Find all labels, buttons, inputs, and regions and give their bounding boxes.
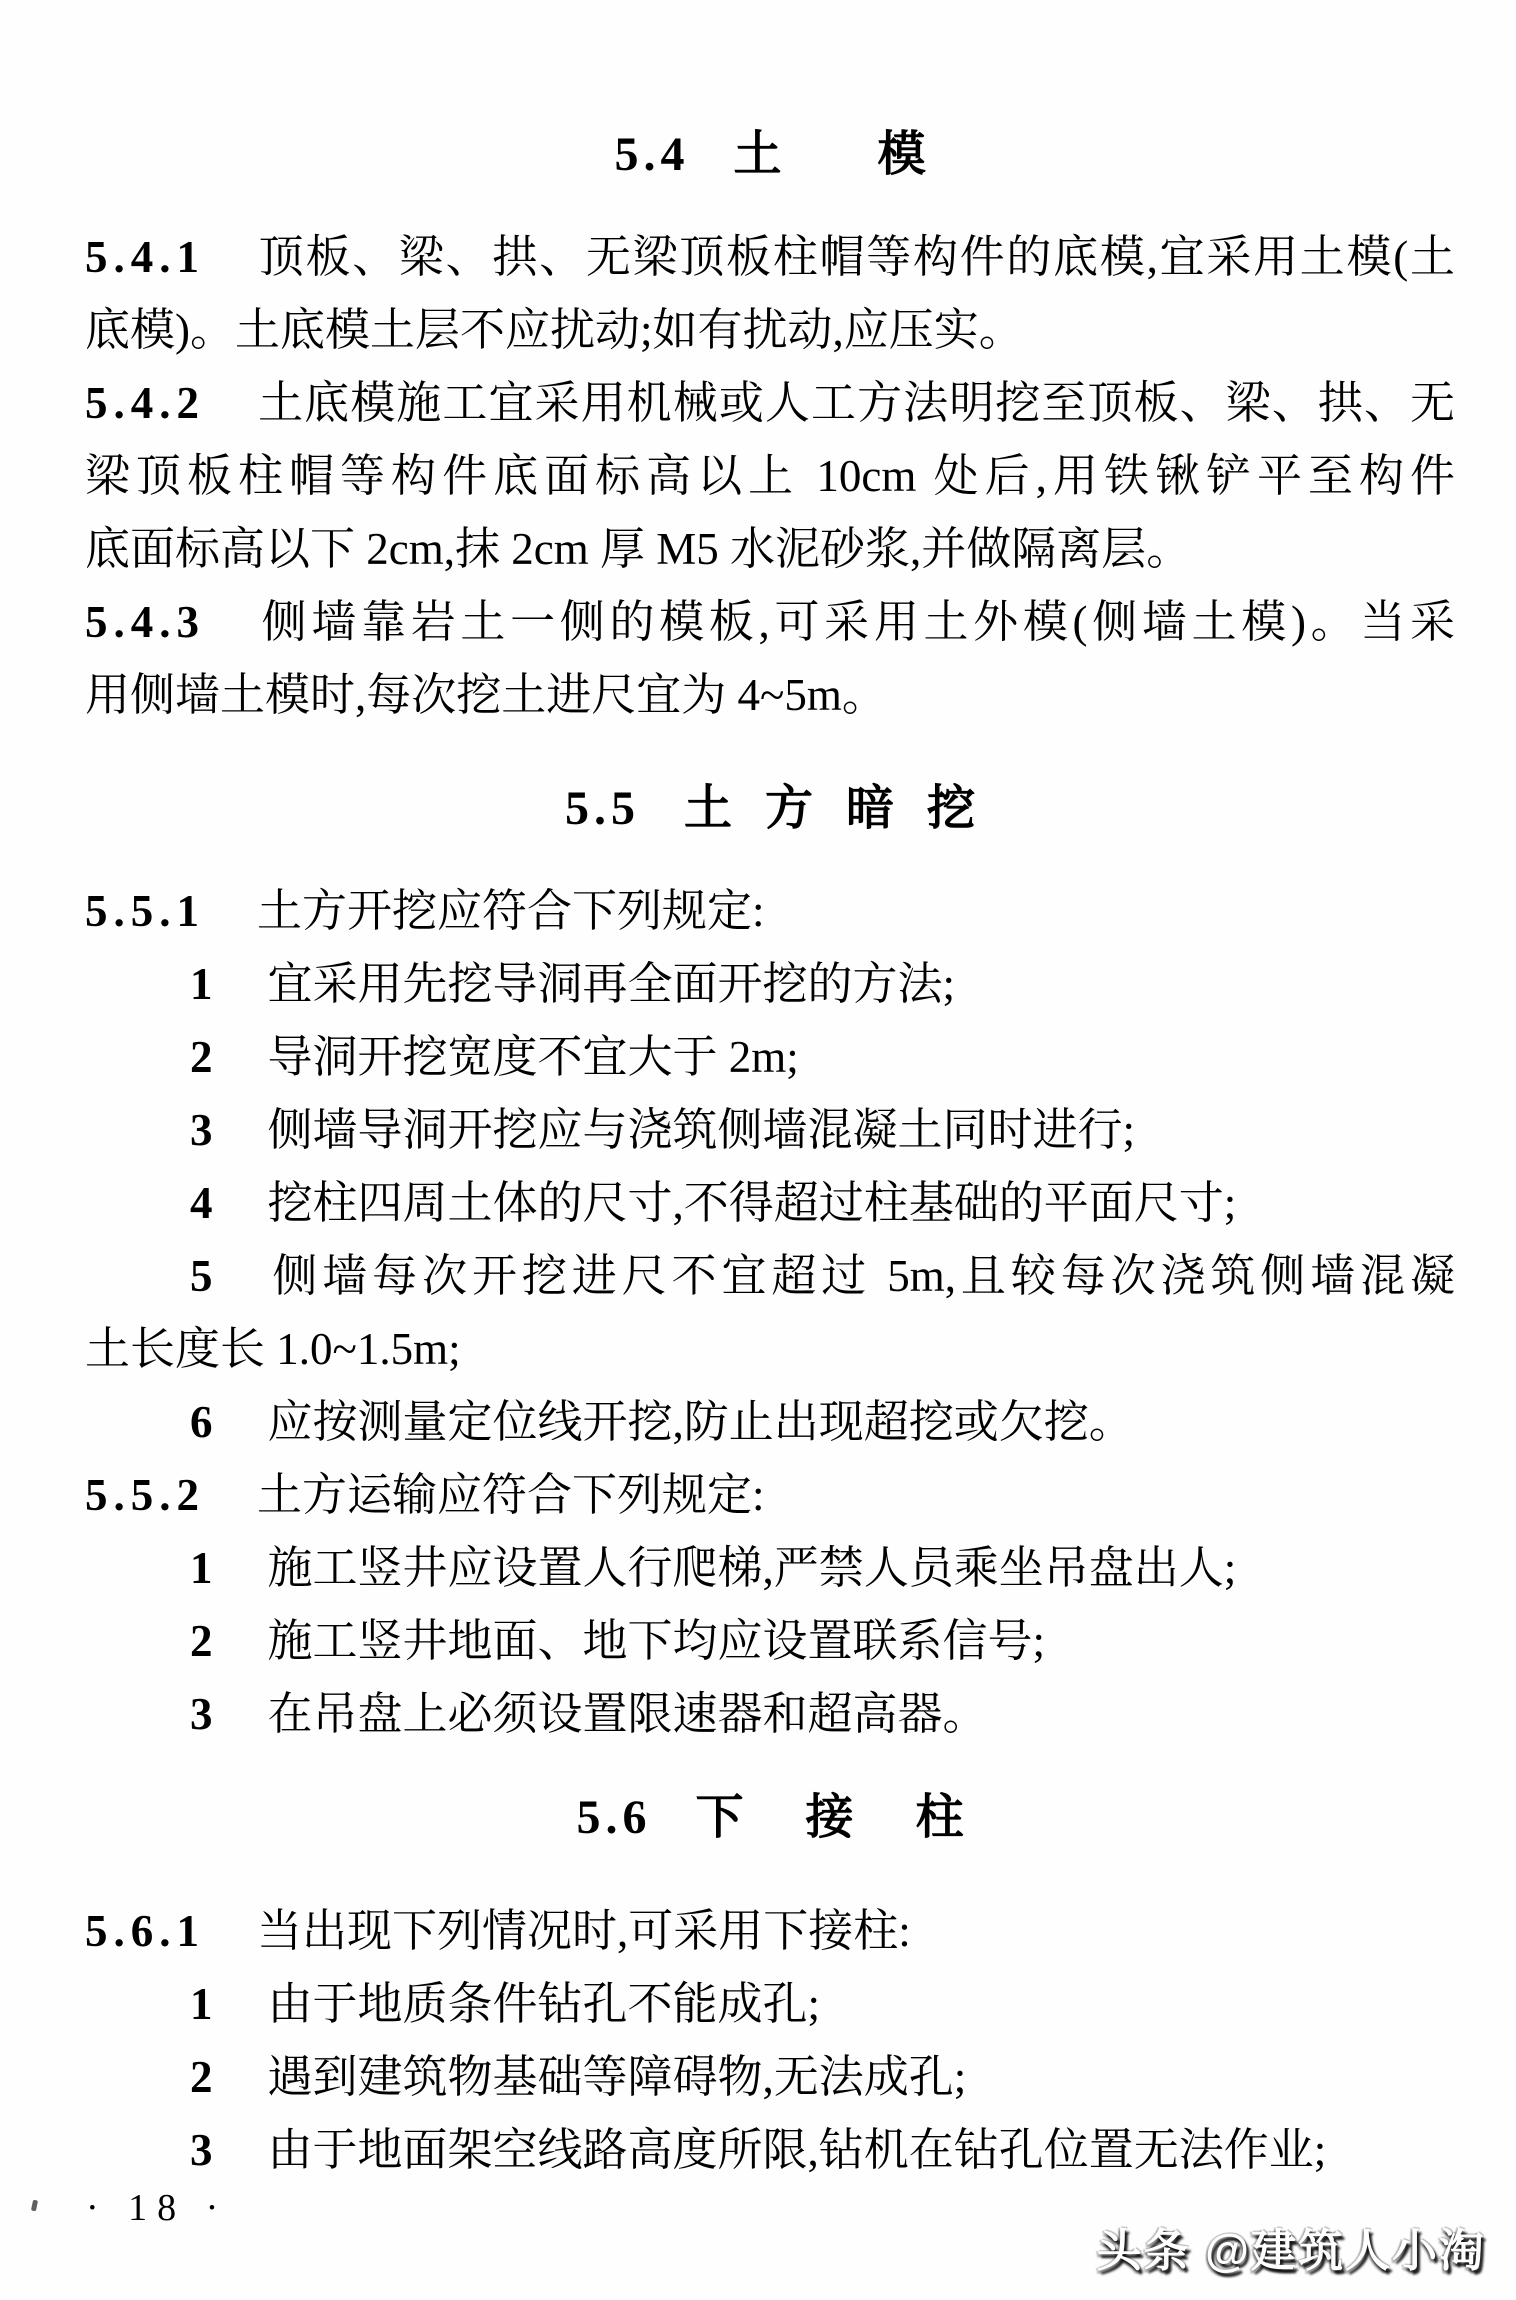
page-number: · 18 · <box>86 2186 228 2230</box>
item-text: 施工竖井地面、地下均应设置联系信号; <box>268 1616 1046 1666</box>
clause-text: 底面标高以下 2cm,抹 2cm 厚 M5 水泥砂浆,并做隔离层。 <box>85 524 1191 574</box>
clause-5-4-1-line-2: 底模)。土底模土层不应扰动;如有扰动,应压实。 <box>85 294 1455 367</box>
list-item-5-5-1-2: 2导洞开挖宽度不宜大于 2m; <box>85 1021 1455 1094</box>
item-text: 侧墙导洞开挖应与浇筑侧墙混凝土同时进行; <box>268 1105 1136 1155</box>
clause-5-5-2: 5.5.2土方运输应符合下列规定: <box>85 1459 1455 1532</box>
clause-text: 土底模施工宜采用机械或人工方法明挖至顶板、梁、拱、无 <box>257 378 1455 428</box>
section-heading-5-6: 5.6下接柱 <box>85 1781 1455 1854</box>
document-page: 5.4土 模 5.4.1顶板、梁、拱、无梁顶板柱帽等构件的底模,宜采用土模(土 … <box>0 0 1516 2300</box>
section-number-5-6: 5.6 <box>576 1791 651 1844</box>
clause-5-4-2-line-2: 梁顶板柱帽等构件底面标高以上 10cm 处后,用铁锹铲平至构件 <box>85 440 1455 513</box>
section-heading-5-4: 5.4土 模 <box>85 118 1455 191</box>
scan-artifact-speck <box>31 2200 38 2212</box>
item-text: 挖柱四周土体的尺寸,不得超过柱基础的平面尺寸; <box>268 1178 1237 1228</box>
item-text: 应按测量定位线开挖,防止出现超挖或欠挖。 <box>268 1397 1134 1447</box>
item-number: 6 <box>190 1397 213 1447</box>
list-item-5-6-1-2: 2遇到建筑物基础等障碍物,无法成孔; <box>85 2041 1455 2114</box>
item-text: 施工竖井应设置人行爬梯,严禁人员乘坐吊盘出人; <box>268 1543 1237 1593</box>
item-text: 侧墙每次开挖进尺不宜超过 5m,且较每次浇筑侧墙混凝 <box>268 1251 1456 1301</box>
clause-text: 顶板、梁、拱、无梁顶板柱帽等构件的底模,宜采用土模(土 <box>257 232 1455 282</box>
clause-5-4-3-line-2: 用侧墙土模时,每次挖土进尺宜为 4~5m。 <box>85 659 1455 732</box>
section-number-5-5: 5.5 <box>565 782 640 835</box>
clause-text: 土方运输应符合下列规定: <box>257 1470 765 1520</box>
clause-5-4-1-line-1: 5.4.1顶板、梁、拱、无梁顶板柱帽等构件的底模,宜采用土模(土 <box>85 221 1455 294</box>
list-item-5-5-1-5-line-1: 5侧墙每次开挖进尺不宜超过 5m,且较每次浇筑侧墙混凝 <box>85 1240 1455 1313</box>
item-number: 4 <box>190 1178 213 1228</box>
item-number: 2 <box>190 1616 213 1666</box>
item-text: 土长度长 1.0~1.5m; <box>85 1324 461 1374</box>
section-title-5-6: 下接柱 <box>695 1791 1025 1844</box>
list-item-5-6-1-1: 1由于地质条件钻孔不能成孔; <box>85 1968 1455 2041</box>
clause-number-5-5-1: 5.5.1 <box>85 886 205 936</box>
clause-number-5-5-2: 5.5.2 <box>85 1470 205 1520</box>
item-text: 在吊盘上必须设置限速器和超高器。 <box>268 1689 988 1739</box>
list-item-5-6-1-3: 3由于地面架空线路高度所限,钻机在钻孔位置无法作业; <box>85 2114 1455 2187</box>
clause-5-6-1: 5.6.1当出现下列情况时,可采用下接柱: <box>85 1895 1455 1968</box>
clause-number-5-6-1: 5.6.1 <box>85 1906 205 1956</box>
item-number: 2 <box>190 1032 213 1082</box>
clause-text: 用侧墙土模时,每次挖土进尺宜为 4~5m。 <box>85 670 887 720</box>
item-number: 5 <box>190 1251 213 1301</box>
clause-5-4-2-line-1: 5.4.2土底模施工宜采用机械或人工方法明挖至顶板、梁、拱、无 <box>85 367 1455 440</box>
item-number: 2 <box>190 2052 213 2102</box>
toutiao-watermark: 头条 @建筑人小淘 <box>1097 2214 1486 2279</box>
item-number: 3 <box>190 2125 213 2175</box>
list-item-5-5-1-5-line-2: 土长度长 1.0~1.5m; <box>85 1313 1455 1386</box>
item-text: 导洞开挖宽度不宜大于 2m; <box>268 1032 799 1082</box>
clause-5-4-3-line-1: 5.4.3侧墙靠岩土一侧的模板,可采用土外模(侧墙土模)。当采 <box>85 586 1455 659</box>
clause-5-5-1: 5.5.1土方开挖应符合下列规定: <box>85 875 1455 948</box>
clause-text: 当出现下列情况时,可采用下接柱: <box>257 1906 911 1956</box>
section-heading-5-5: 5.5土方暗挖 <box>85 772 1455 845</box>
clause-text: 梁顶板柱帽等构件底面标高以上 10cm 处后,用铁锹铲平至构件 <box>85 451 1455 501</box>
item-number: 1 <box>190 959 213 1009</box>
list-item-5-5-1-1: 1宜采用先挖导洞再全面开挖的方法; <box>85 948 1455 1021</box>
list-item-5-5-2-3: 3在吊盘上必须设置限速器和超高器。 <box>85 1678 1455 1751</box>
item-number: 3 <box>190 1105 213 1155</box>
item-number: 1 <box>190 1543 213 1593</box>
item-text: 由于地质条件钻孔不能成孔; <box>268 1979 821 2029</box>
item-text: 由于地面架空线路高度所限,钻机在钻孔位置无法作业; <box>268 2125 1327 2175</box>
section-title-5-5: 土方暗挖 <box>684 782 1008 835</box>
clause-number-5-4-1: 5.4.1 <box>85 232 205 282</box>
item-text: 遇到建筑物基础等障碍物,无法成孔; <box>268 2052 967 2102</box>
clause-text: 侧墙靠岩土一侧的模板,可采用土外模(侧墙土模)。当采 <box>257 597 1455 647</box>
list-item-5-5-1-4: 4挖柱四周土体的尺寸,不得超过柱基础的平面尺寸; <box>85 1167 1455 1240</box>
list-item-5-5-2-2: 2施工竖井地面、地下均应设置联系信号; <box>85 1605 1455 1678</box>
list-item-5-5-1-3: 3侧墙导洞开挖应与浇筑侧墙混凝土同时进行; <box>85 1094 1455 1167</box>
item-text: 宜采用先挖导洞再全面开挖的方法; <box>268 959 956 1009</box>
section-title-5-4: 土 模 <box>733 128 925 181</box>
document-content: 5.4土 模 5.4.1顶板、梁、拱、无梁顶板柱帽等构件的底模,宜采用土模(土 … <box>85 118 1455 2187</box>
item-number: 1 <box>190 1979 213 2029</box>
clause-5-4-2-line-3: 底面标高以下 2cm,抹 2cm 厚 M5 水泥砂浆,并做隔离层。 <box>85 513 1455 586</box>
list-item-5-5-2-1: 1施工竖井应设置人行爬梯,严禁人员乘坐吊盘出人; <box>85 1532 1455 1605</box>
item-number: 3 <box>190 1689 213 1739</box>
clause-number-5-4-2: 5.4.2 <box>85 378 205 428</box>
section-number-5-4: 5.4 <box>614 128 689 181</box>
clause-number-5-4-3: 5.4.3 <box>85 597 205 647</box>
clause-text: 土方开挖应符合下列规定: <box>257 886 765 936</box>
list-item-5-5-1-6: 6应按测量定位线开挖,防止出现超挖或欠挖。 <box>85 1386 1455 1459</box>
clause-text: 底模)。土底模土层不应扰动;如有扰动,应压实。 <box>85 305 1024 355</box>
